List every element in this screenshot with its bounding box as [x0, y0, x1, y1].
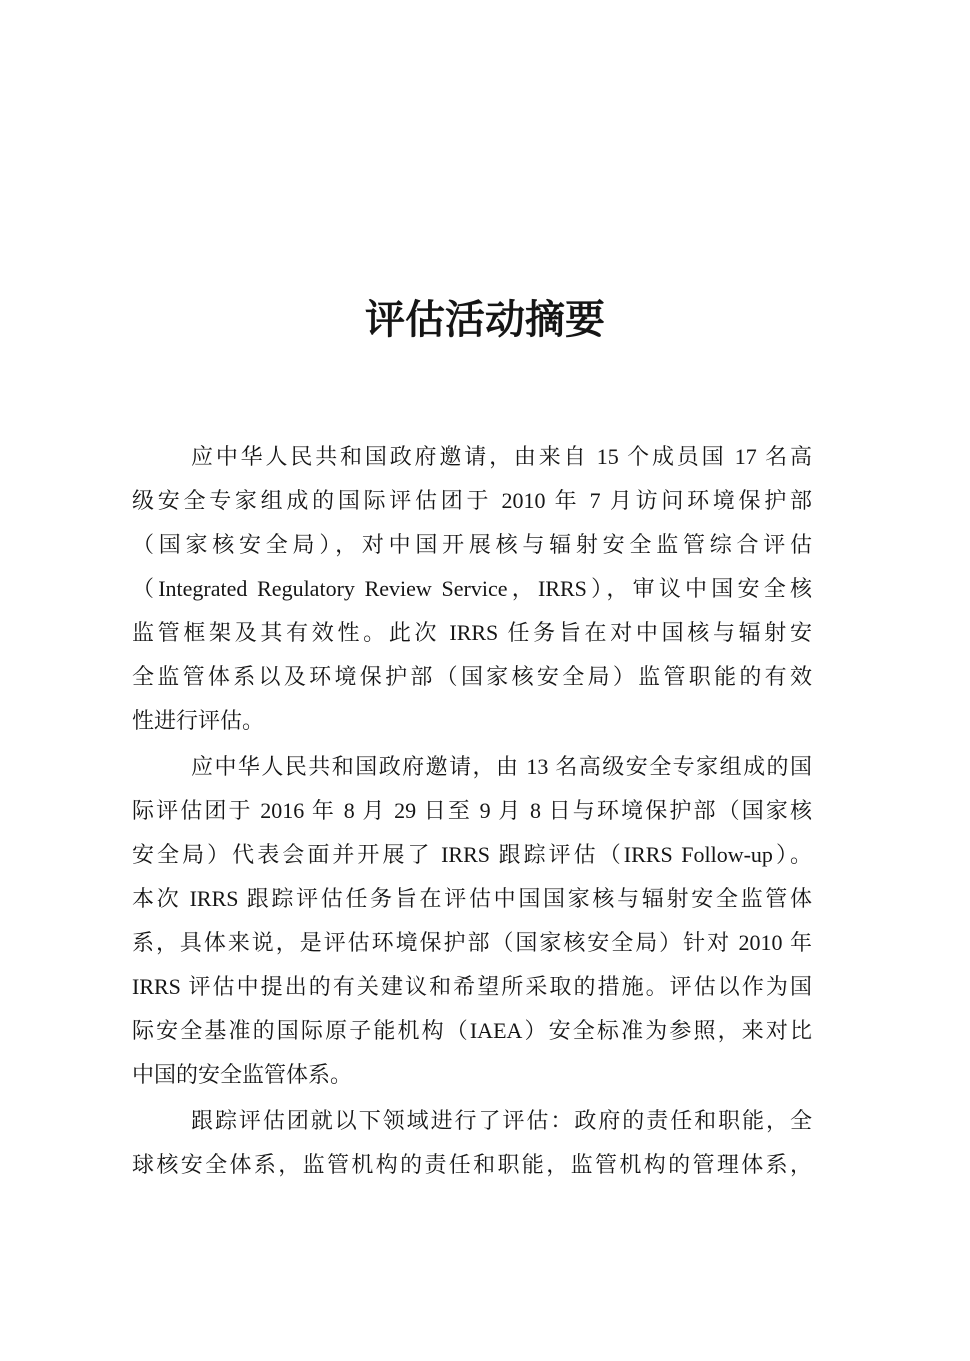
paragraph-3: 跟踪评估团就以下领域进行了评估：政府的责任和职能，全球核安全体系，监管机构的责任…: [132, 1099, 812, 1187]
paragraph-1-line-2: 级安全专家组成的国际评估团于 2010 年 7 月访问环境保护部: [132, 479, 812, 523]
paragraph-2-line-4: 本次 IRRS 跟踪评估任务旨在评估中国国家核与辐射安全监管体: [132, 877, 812, 921]
paragraph-3-line-2: 球核安全体系，监管机构的责任和职能，监管机构的管理体系，: [132, 1143, 812, 1187]
paragraph-1-line-6: 全监管体系以及环境保护部（国家核安全局）监管职能的有效: [132, 655, 812, 699]
paragraph-2-line-6: IRRS 评估中提出的有关建议和希望所采取的措施。评估以作为国: [132, 965, 812, 1009]
paragraph-1-line-5: 监管框架及其有效性。此次 IRRS 任务旨在对中国核与辐射安: [132, 611, 812, 655]
page-title: 评估活动摘要: [0, 294, 970, 346]
paragraph-1: 应中华人民共和国政府邀请，由来自 15 个成员国 17 名高级安全专家组成的国际…: [132, 435, 812, 743]
paragraph-1-line-4: （Integrated Regulatory Review Service，IR…: [132, 567, 812, 611]
paragraph-2-line-3: 安全局）代表会面并开展了 IRRS 跟踪评估（IRRS Follow-up）。: [132, 833, 812, 877]
paragraph-1-line-1: 应中华人民共和国政府邀请，由来自 15 个成员国 17 名高: [132, 435, 812, 479]
document-body: 应中华人民共和国政府邀请，由来自 15 个成员国 17 名高级安全专家组成的国际…: [132, 435, 812, 1187]
paragraph-2: 应中华人民共和国政府邀请，由 13 名高级安全专家组成的国际评估团于 2016 …: [132, 745, 812, 1097]
paragraph-1-line-7: 性进行评估。: [132, 699, 812, 743]
paragraph-1-line-3: （国家核安全局），对中国开展核与辐射安全监管综合评估: [132, 523, 812, 567]
paragraph-2-line-7: 际安全基准的国际原子能机构（IAEA）安全标准为参照，来对比: [132, 1009, 812, 1053]
paragraph-2-line-2: 际评估团于 2016 年 8 月 29 日至 9 月 8 日与环境保护部（国家核: [132, 789, 812, 833]
paragraph-3-line-1: 跟踪评估团就以下领域进行了评估：政府的责任和职能，全: [132, 1099, 812, 1143]
paragraph-2-line-5: 系，具体来说，是评估环境保护部（国家核安全局）针对 2010 年: [132, 921, 812, 965]
paragraph-2-line-8: 中国的安全监管体系。: [132, 1053, 812, 1097]
paragraph-2-line-1: 应中华人民共和国政府邀请，由 13 名高级安全专家组成的国: [132, 745, 812, 789]
document-page: 评估活动摘要 应中华人民共和国政府邀请，由来自 15 个成员国 17 名高级安全…: [0, 0, 970, 1361]
